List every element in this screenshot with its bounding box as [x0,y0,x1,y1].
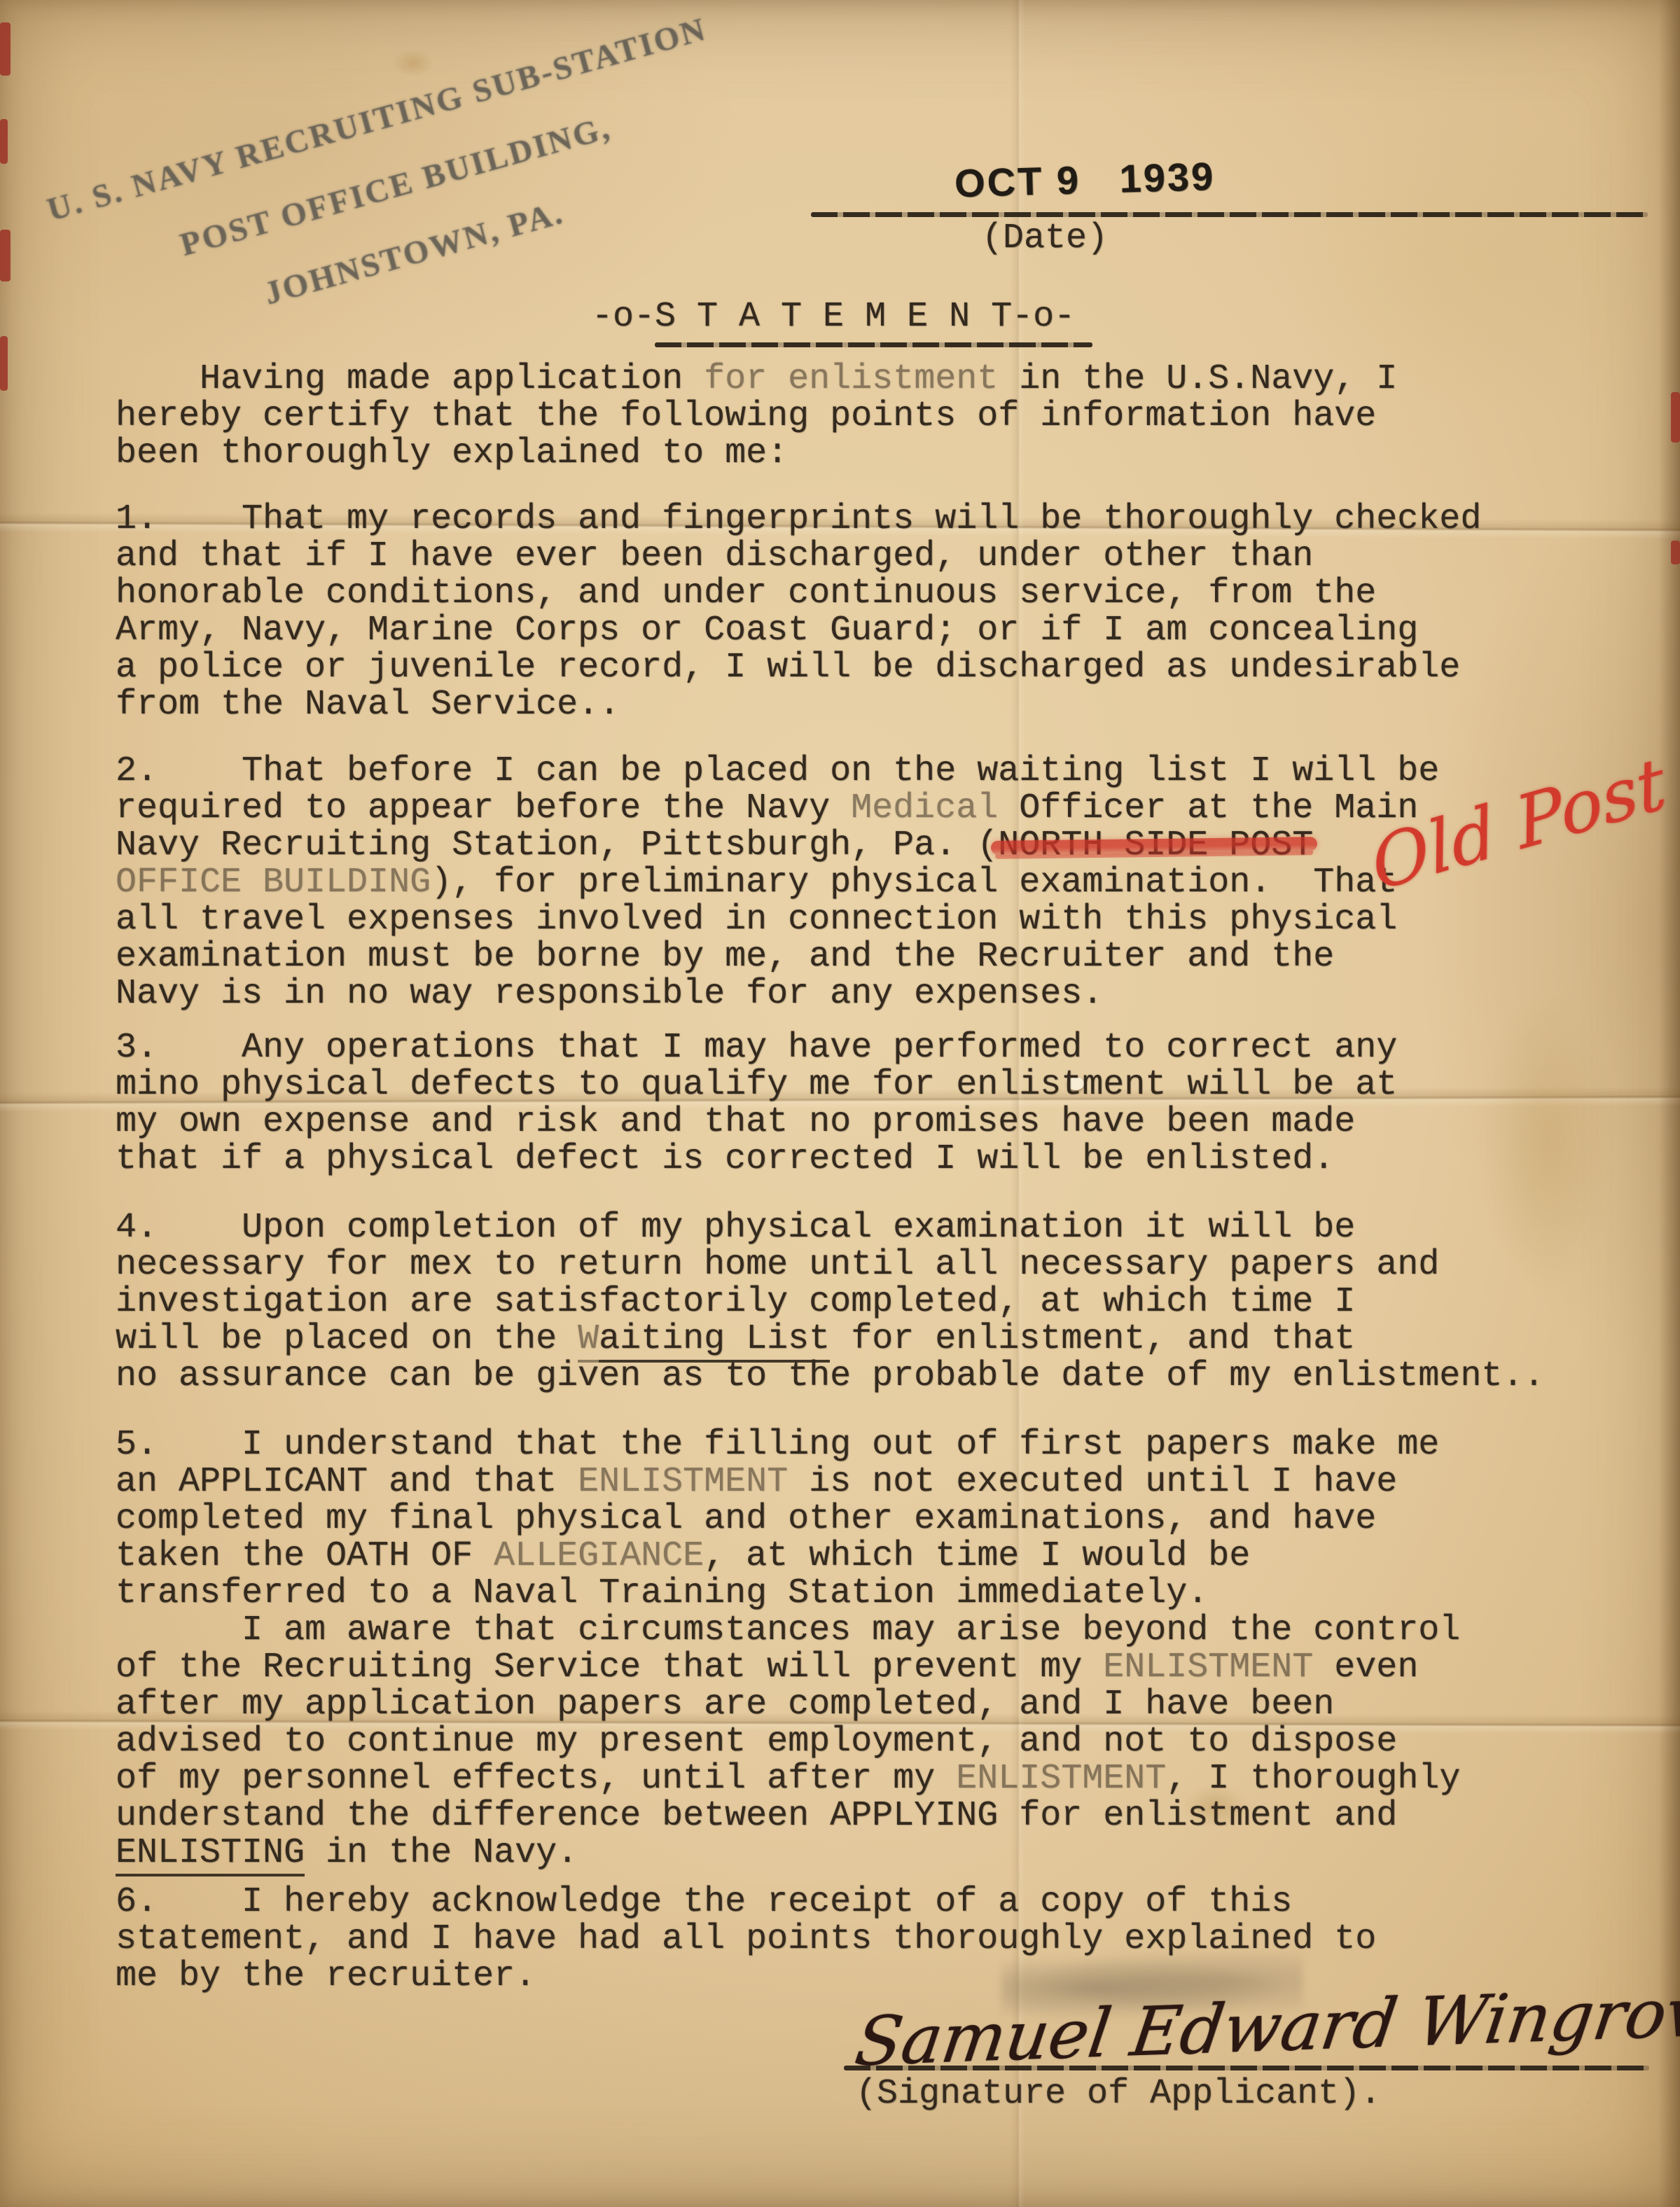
typed-line: necessary for mex to return home until a… [116,1246,1600,1283]
typed-line: Navy is in no way responsible for any ex… [116,975,1600,1012]
underlined-text: W [578,1319,599,1363]
typed-line: I am aware that circumstances may arise … [116,1612,1600,1649]
typed-line: that if a physical defect is corrected I… [116,1141,1600,1178]
date-label: (Date) [982,218,1108,258]
typed-line: transferred to a Naval Training Station … [116,1575,1600,1612]
red-edge-mark [0,230,11,281]
signature-label: (Signature of Applicant). [856,2074,1381,2114]
typed-line: advised to continue my present employmen… [116,1723,1600,1760]
faded-text: ENLISTMENT [578,1462,788,1502]
typed-line: completed my final physical and other ex… [116,1501,1600,1538]
underlined-text: ENLISTING [116,1833,305,1877]
typed-line: my own expense and risk and that no prom… [116,1103,1600,1141]
title-prefix: -o- [592,297,655,337]
faded-text: for enlistment [704,359,998,399]
date-underline [811,212,1648,217]
faded-text: ENLISTMENT [956,1759,1166,1799]
statement-item-6: 6. I hereby acknowledge the receipt of a… [116,1884,1600,1995]
typed-line: of my personnel effects, until after my … [116,1760,1600,1797]
statement-title: -o-S T A T E M E N T-o- [592,297,1075,337]
typed-line: will be placed on the Waiting List for e… [116,1321,1600,1358]
typed-line: honorable conditions, and under continuo… [116,575,1600,612]
date-stamp: OCT 9 1939 [954,153,1216,206]
typed-line: and that if I have ever been discharged,… [116,538,1600,575]
red-edge-mark [1671,392,1680,443]
red-strikethrough-text: NORTH SIDE POST [998,826,1313,865]
red-edge-mark [1671,541,1680,564]
document-scan: U. S. NAVY RECRUITING SUB-STATION POST O… [0,0,1680,2207]
faded-text: ENLISTMENT [1103,1648,1313,1687]
red-edge-mark [0,336,8,391]
typed-line: from the Naval Service.. [116,686,1600,723]
faded-text: Medical [851,788,998,828]
faded-text: ALLEGIANCE [494,1536,704,1576]
intro-paragraph: Having made application for enlistment i… [116,361,1600,472]
typed-line: 2. That before I can be placed on the wa… [116,753,1600,790]
typed-line: a police or juvenile record, I will be d… [116,649,1600,686]
typed-line: hereby certify that the following points… [116,398,1600,435]
title-underline [655,342,1092,347]
typed-line: Having made application for enlistment i… [116,361,1600,398]
typed-line: taken the OATH OF ALLEGIANCE, at which t… [116,1538,1600,1575]
typed-line: 3. Any operations that I may have perfor… [116,1029,1600,1066]
title-suffix: -o- [1012,297,1075,337]
typed-line: 4. Upon completion of my physical examin… [116,1209,1600,1246]
typed-line: examination must be borne by me, and the… [116,938,1600,975]
statement-item-3: 3. Any operations that I may have perfor… [116,1029,1600,1178]
statement-item-4: 4. Upon completion of my physical examin… [116,1209,1600,1395]
typed-line: an APPLICANT and that ENLISTMENT is not … [116,1463,1600,1501]
typed-line: Army, Navy, Marine Corps or Coast Guard;… [116,612,1600,649]
typed-line: of the Recruiting Service that will prev… [116,1649,1600,1686]
typed-line: ENLISTING in the Navy. [116,1834,1600,1872]
typed-line: 6. I hereby acknowledge the receipt of a… [116,1884,1600,1921]
typed-line: been thoroughly explained to me: [116,435,1600,472]
typed-line: all travel expenses involved in connecti… [116,901,1600,938]
typed-line: investigation are satisfactorily complet… [116,1283,1600,1321]
paper-edge-shadow [1659,0,1680,2207]
faded-text: OFFICE BUILDING [116,863,431,903]
red-edge-mark [0,119,8,164]
typed-line: after my application papers are complete… [116,1686,1600,1723]
typed-line: statement, and I have had all points tho… [116,1921,1600,1958]
statement-item-5: 5. I understand that the filling out of … [116,1426,1600,1872]
typed-line: 1. That my records and fingerprints will… [116,501,1600,538]
statement-item-1: 1. That my records and fingerprints will… [116,501,1600,723]
signature-underline [844,2066,1649,2070]
typed-line: no assurance can be given as to the prob… [116,1358,1600,1395]
typed-line: 5. I understand that the filling out of … [116,1426,1600,1463]
typed-line: understand the difference between APPLYI… [116,1797,1600,1834]
typed-line: mino physical defects to qualify me for … [116,1066,1600,1103]
red-edge-mark [0,22,11,76]
title-text: S T A T E M E N T [655,297,1012,337]
